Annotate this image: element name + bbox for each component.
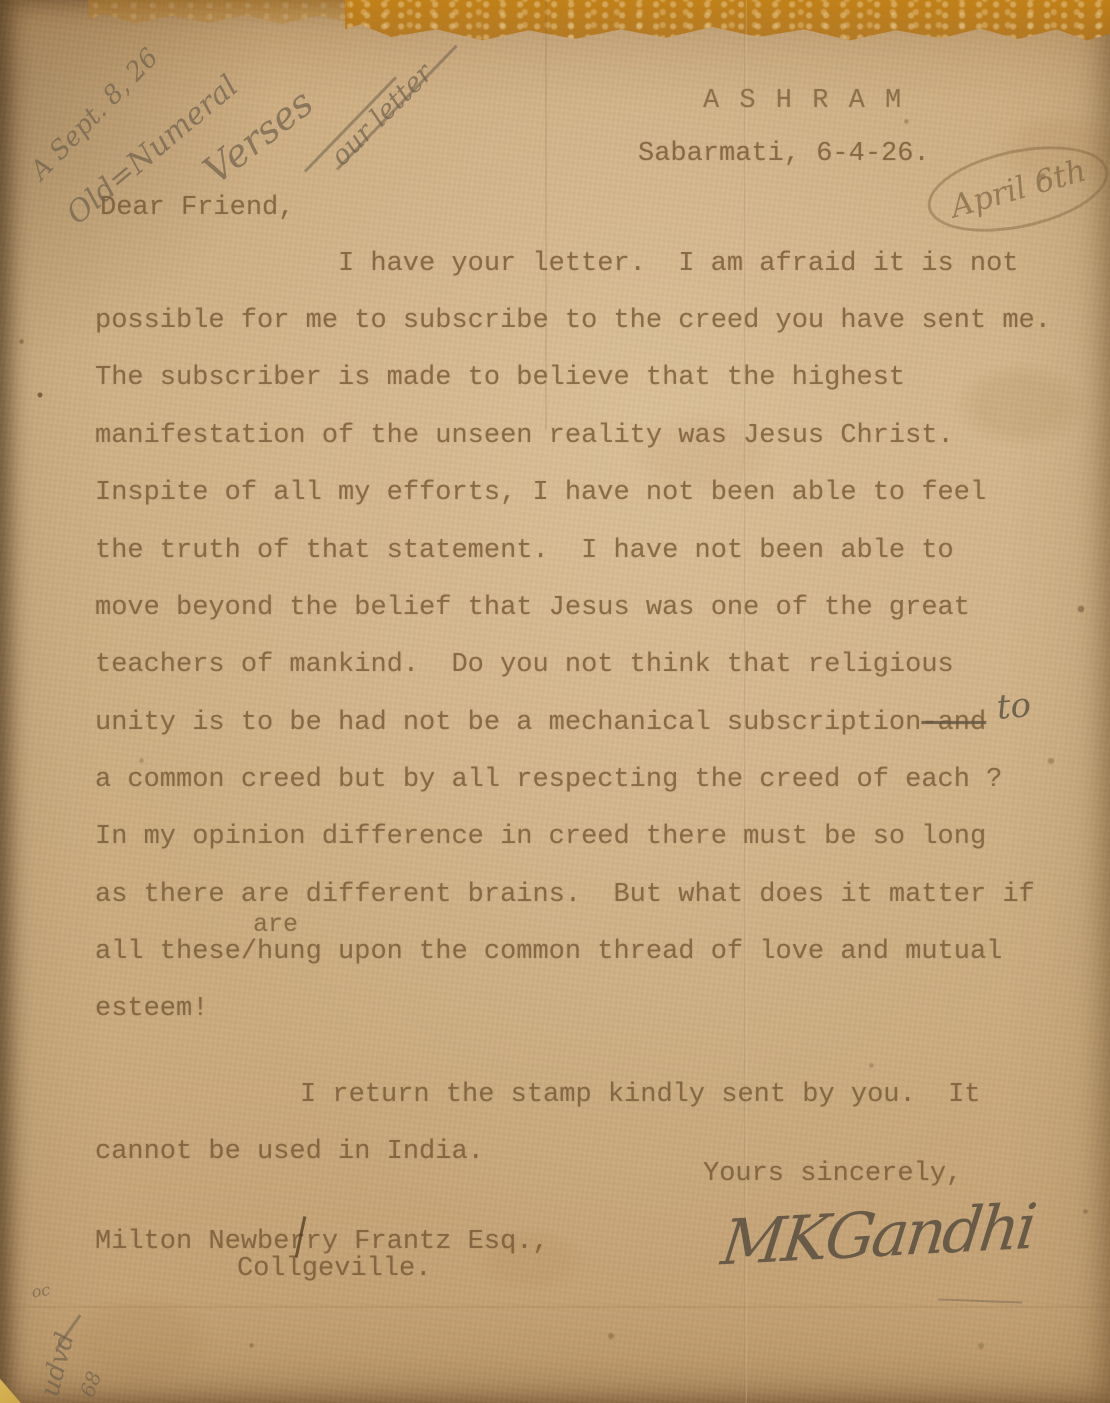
- typed-line: In my opinion difference in creed there …: [95, 821, 986, 853]
- typed-text: teachers of mankind. Do you not think th…: [95, 650, 954, 680]
- typed-text: I return the stamp kindly sent by you. I…: [300, 1080, 981, 1110]
- corner-chip: [0, 1376, 38, 1403]
- typed-line: The subscriber is made to believe that t…: [95, 362, 905, 394]
- typed-line: I have your letter. I am afraid it is no…: [338, 248, 1019, 280]
- typed-line: Inspite of all my efforts, I have not be…: [95, 477, 986, 509]
- typed-line: move beyond the belief that Jesus was on…: [95, 592, 970, 624]
- adhesive-stain-top: [345, 0, 1110, 42]
- pencil-underline-letter: [336, 45, 458, 171]
- letterhead-title: A S H R A M: [703, 85, 903, 117]
- typed-text: Inspite of all my efforts, I have not be…: [95, 478, 986, 508]
- salutation: Dear Friend,: [100, 192, 294, 224]
- typed-text: The subscriber is made to believe that t…: [95, 363, 905, 393]
- typed-text: a common creed but by all respecting the…: [95, 765, 1002, 795]
- typed-text: all these/hung upon the common thread of…: [95, 937, 1002, 967]
- handwritten-date: April 6th: [946, 153, 1089, 226]
- typed-text: I have your letter. I am afraid it is no…: [338, 249, 1019, 279]
- adhesive-stain-top-left: [88, 0, 350, 26]
- pencil-annotation: our letter: [325, 58, 439, 172]
- typed-text: In my opinion difference in creed there …: [95, 822, 986, 852]
- typed-line: the truth of that statement. I have not …: [95, 535, 954, 567]
- typed-text: manifestation of the unseen reality was …: [95, 421, 954, 451]
- typed-line: esteem!: [95, 993, 208, 1025]
- fold-crease-vertical: [744, 0, 747, 1403]
- struck-word: -and: [921, 708, 986, 738]
- typed-text: unity is to be had not be a mechanical s…: [95, 708, 921, 738]
- fold-crease-horizontal: [0, 1306, 1110, 1308]
- dateline: Sabarmati, 6-4-26.: [638, 138, 930, 170]
- typed-text: move beyond the belief that Jesus was on…: [95, 593, 970, 623]
- typed-text: possible for me to subscribe to the cree…: [95, 306, 1051, 336]
- typed-line: unity is to be had not be a mechanical s…: [95, 707, 986, 739]
- typed-line: all these/hung upon the common thread of…: [95, 936, 1002, 968]
- typed-line: teachers of mankind. Do you not think th…: [95, 649, 954, 681]
- typed-line: I return the stamp kindly sent by you. I…: [300, 1079, 981, 1111]
- typed-insertion-are: are: [253, 909, 298, 941]
- pencil-annotation: 68: [75, 1368, 106, 1400]
- pencil-annotation: udvd: [35, 1329, 81, 1399]
- typed-text: the truth of that statement. I have not …: [95, 536, 954, 566]
- gandhi-signature: MKGandhi: [718, 1190, 1038, 1280]
- handwritten-date-circle: April 6th: [920, 132, 1110, 247]
- signature-underline: [938, 1299, 1022, 1304]
- typed-line: as there are different brains. But what …: [95, 879, 1035, 911]
- typed-line: cannot be used in India.: [95, 1136, 484, 1168]
- typed-text: esteem!: [95, 994, 208, 1024]
- pencil-annotation: oc: [30, 1280, 52, 1302]
- typed-line: a common creed but by all respecting the…: [95, 764, 1002, 796]
- recipient-city: Collgeville.: [237, 1253, 431, 1285]
- typed-line: manifestation of the unseen reality was …: [95, 420, 954, 452]
- typed-text: as there are different brains. But what …: [95, 880, 1035, 910]
- letter-scan: A S H R A M Sabarmati, 6-4-26. April 6th…: [0, 0, 1110, 1403]
- pencil-correction-to: to: [995, 685, 1032, 728]
- closing: Yours sincerely,: [703, 1158, 962, 1190]
- typed-text: cannot be used in India.: [95, 1137, 484, 1167]
- typed-line: possible for me to subscribe to the cree…: [95, 305, 1051, 337]
